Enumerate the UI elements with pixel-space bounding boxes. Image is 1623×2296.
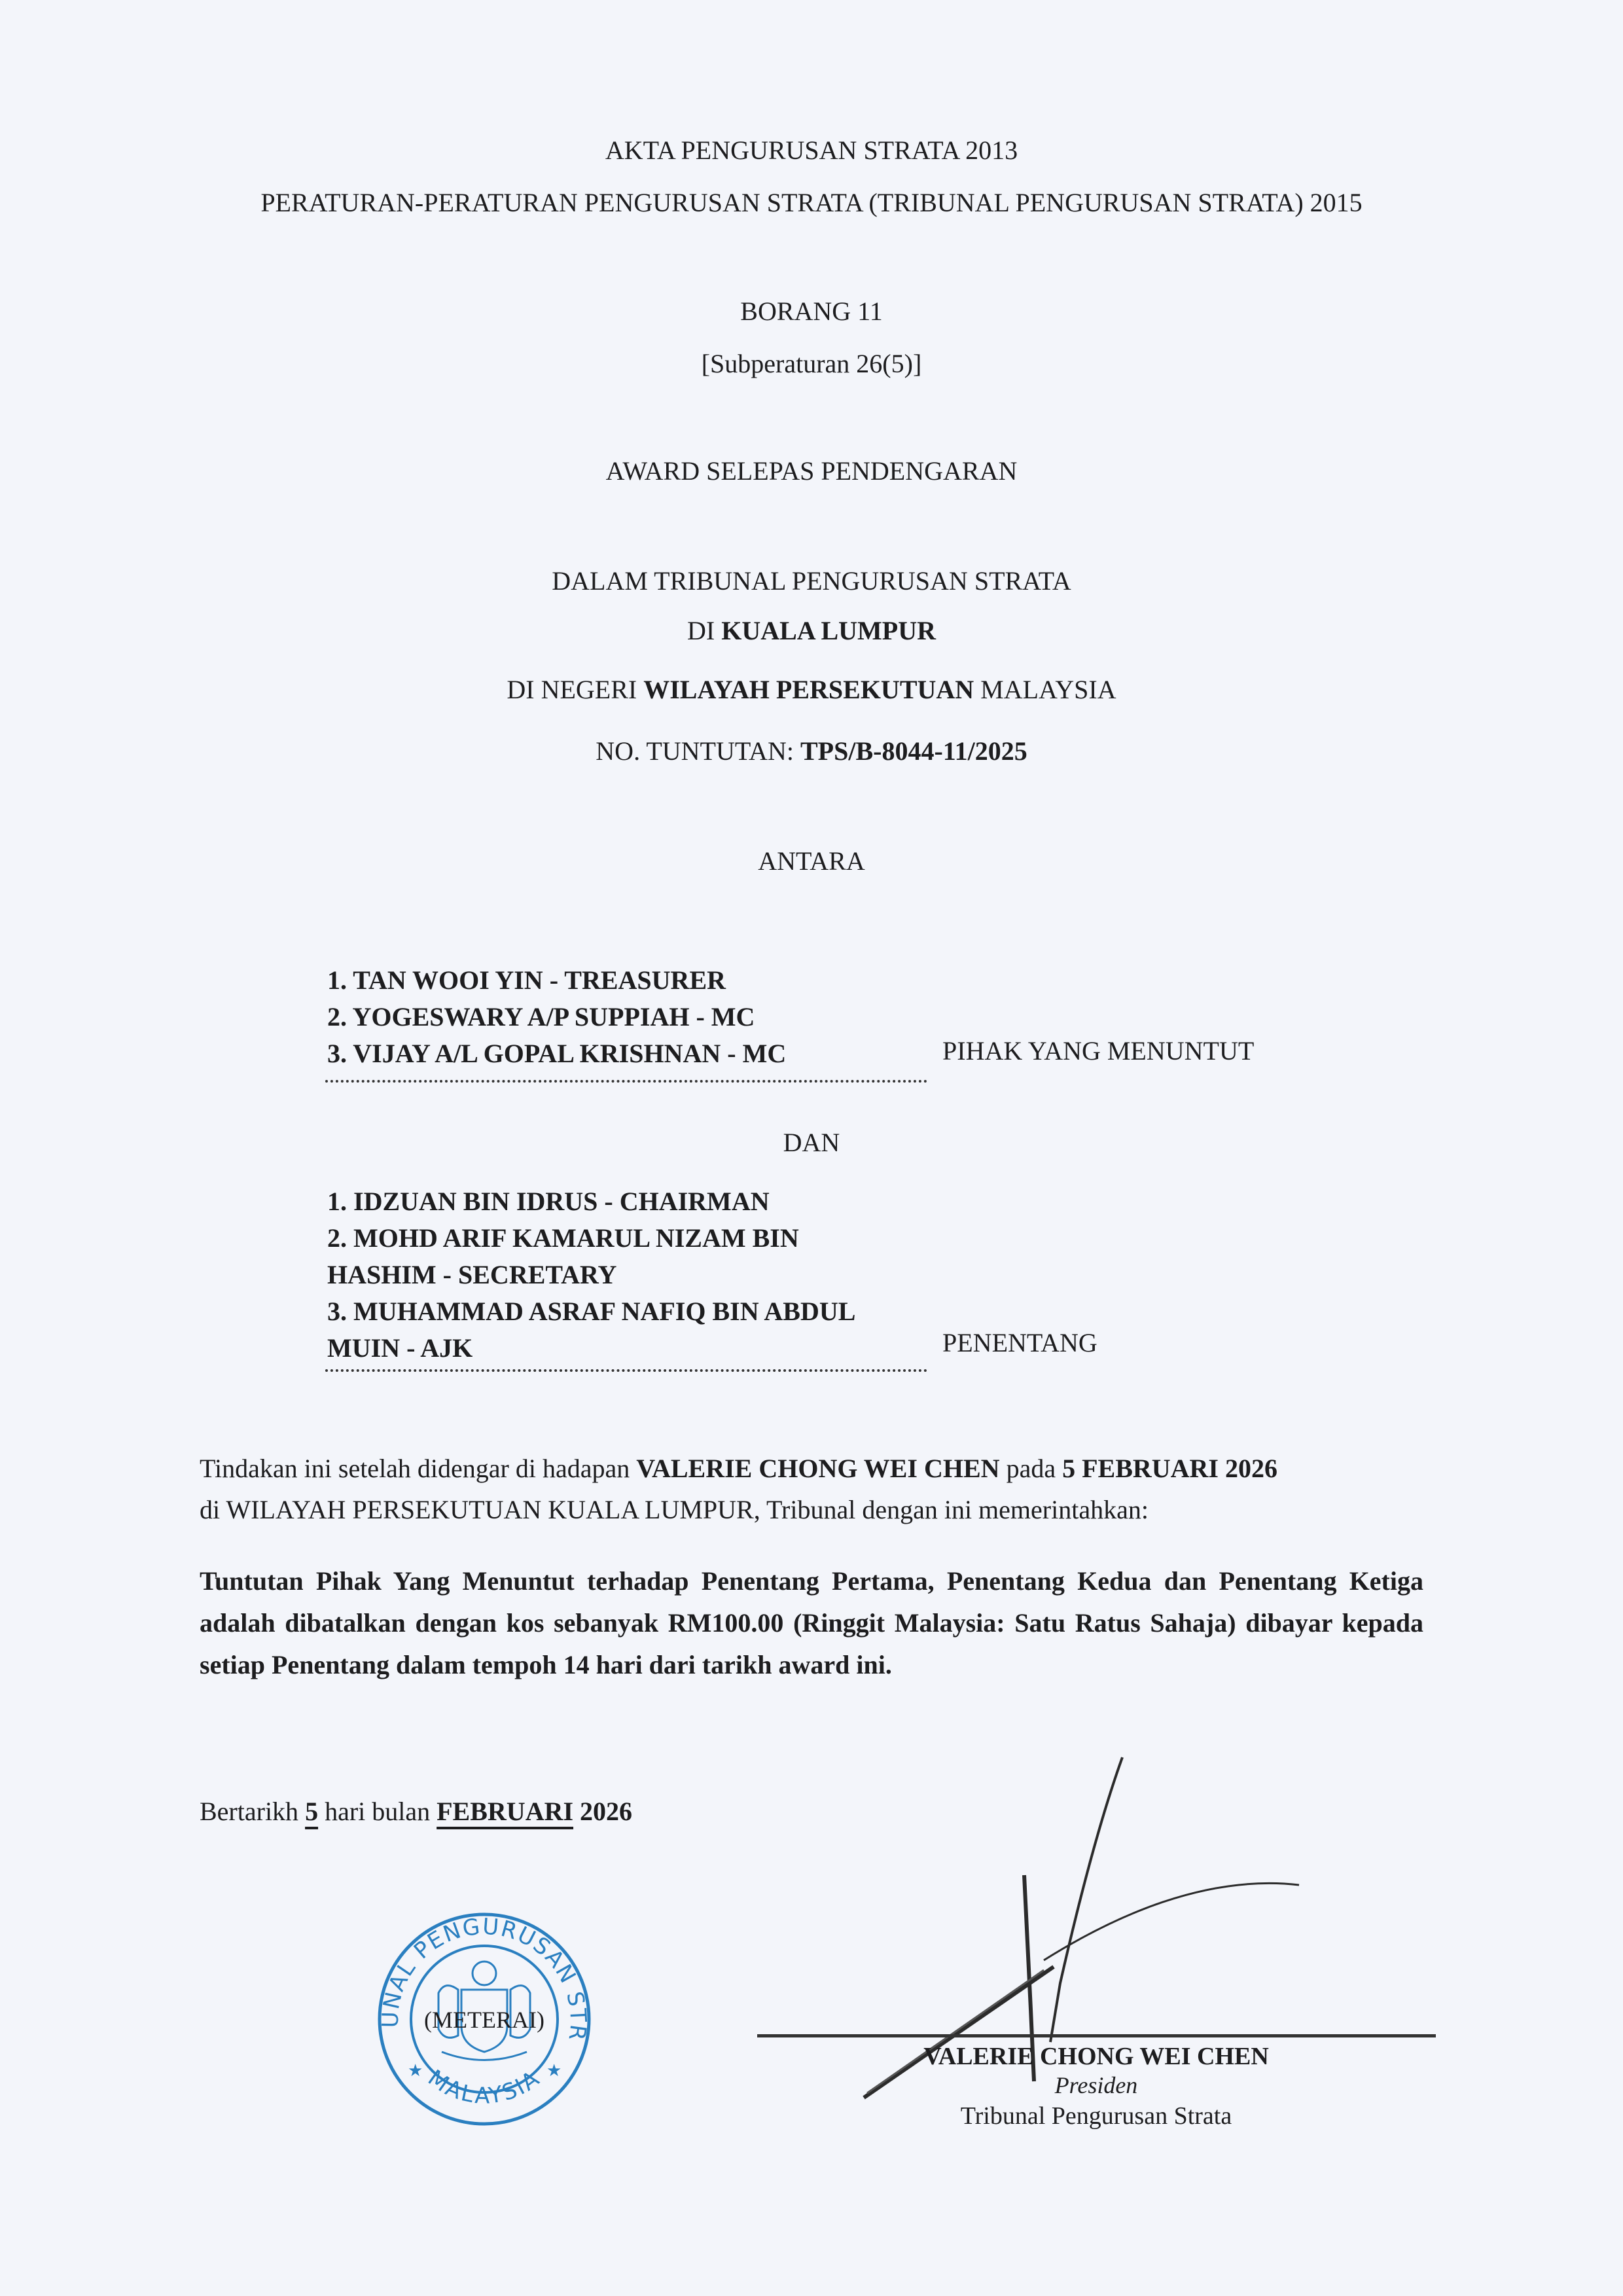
claimants-list: 1. TAN WOOI YIN - TREASURER 2. YOGESWARY…	[327, 962, 929, 1072]
hearing-paragraph: Tindakan ini setelah didengar di hadapan…	[200, 1448, 1423, 1530]
act-title: AKTA PENGURUSAN STRATA 2013	[0, 135, 1623, 166]
form-number: BORANG 11	[0, 296, 1623, 327]
respondent: MUIN - AJK	[327, 1330, 929, 1367]
respondent: 3. MUHAMMAD ASRAF NAFIQ BIN ABDUL	[327, 1293, 929, 1330]
regulations-title: PERATURAN-PERATURAN PENGURUSAN STRATA (T…	[0, 187, 1623, 219]
respondents-divider	[325, 1369, 927, 1372]
svg-text:★: ★	[546, 2061, 562, 2081]
respondents-list: 1. IDZUAN BIN IDRUS - CHAIRMAN 2. MOHD A…	[327, 1183, 929, 1367]
and-label: DAN	[0, 1127, 1623, 1158]
between-label: ANTARA	[0, 846, 1623, 877]
tribunal-seal: TRIBUNAL PENGURUSAN STRATA MALAYSIA ★ ★ …	[370, 1905, 599, 2134]
claimants-role: PIHAK YANG MENUNTUT	[942, 1035, 1254, 1067]
claimant: 2. YOGESWARY A/P SUPPIAH - MC	[327, 999, 929, 1035]
claim-number: NO. TUNTUTAN: TPS/B-8044-11/2025	[0, 736, 1623, 767]
tribunal-name: DALAM TRIBUNAL PENGURUSAN STRATA	[0, 565, 1623, 597]
signatory-name: VALERIE CHONG WEI CHEN	[753, 2042, 1440, 2071]
respondent: HASHIM - SECRETARY	[327, 1257, 929, 1293]
respondents-role: PENENTANG	[942, 1327, 1097, 1359]
subregulation: [Subperaturan 26(5)]	[0, 348, 1623, 380]
award-title: AWARD SELEPAS PENDENGARAN	[0, 456, 1623, 487]
claimant: 1. TAN WOOI YIN - TREASURER	[327, 962, 929, 999]
respondent: 1. IDZUAN BIN IDRUS - CHAIRMAN	[327, 1183, 929, 1220]
claimants-divider	[325, 1080, 927, 1083]
svg-text:★: ★	[408, 2061, 423, 2081]
seal-emblem-icon: TRIBUNAL PENGURUSAN STRATA MALAYSIA ★ ★ …	[370, 1905, 599, 2134]
svg-text:MALAYSIA: MALAYSIA	[423, 2065, 545, 2109]
signatory-title: Presiden	[753, 2071, 1440, 2100]
svg-text:(METERAI): (METERAI)	[424, 2007, 544, 2033]
respondent: 2. MOHD ARIF KAMARUL NIZAM BIN	[327, 1220, 929, 1257]
signatory-organization: Tribunal Pengurusan Strata	[753, 2101, 1440, 2131]
tribunal-state: DI NEGERI WILAYAH PERSEKUTUAN MALAYSIA	[0, 674, 1623, 706]
claimant: 3. VIJAY A/L GOPAL KRISHNAN - MC	[327, 1035, 929, 1072]
order-paragraph: Tuntutan Pihak Yang Menuntut terhadap Pe…	[200, 1560, 1423, 1686]
dated-line: Bertarikh 5 hari bulan FEBRUARI 2026	[200, 1796, 632, 1827]
tribunal-location: DI KUALA LUMPUR	[0, 615, 1623, 647]
signature-line	[757, 2034, 1436, 2037]
